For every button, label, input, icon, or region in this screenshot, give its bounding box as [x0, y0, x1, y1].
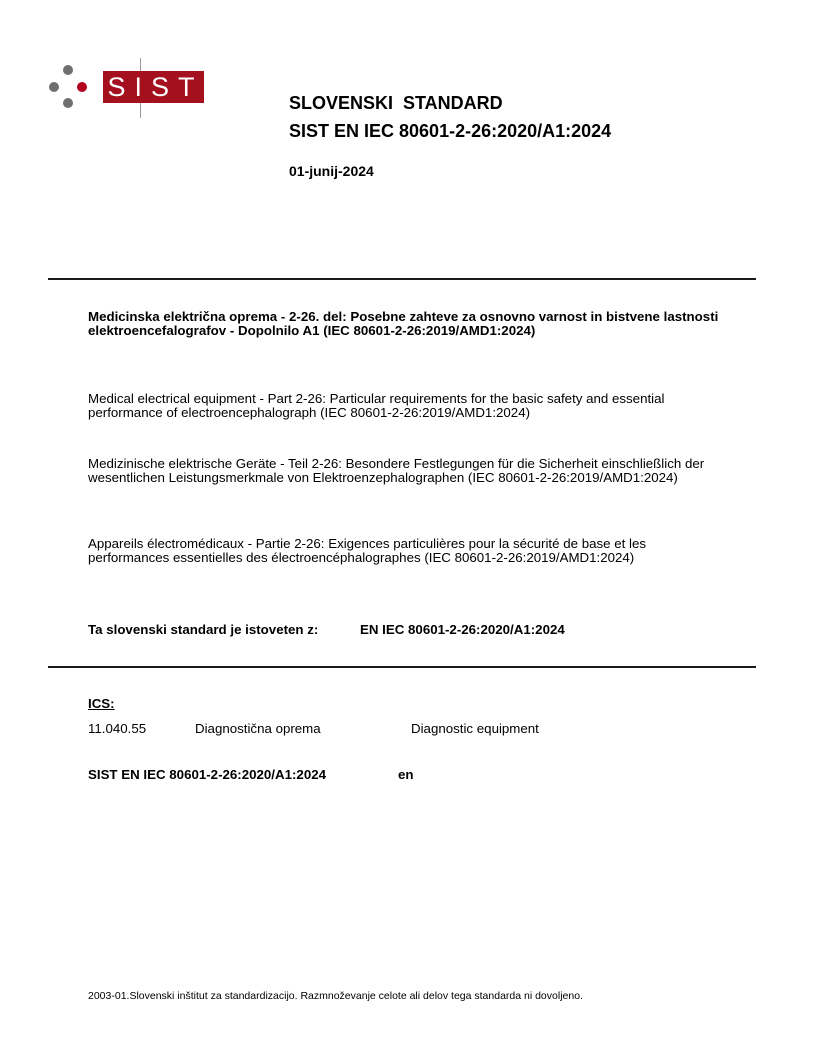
logo-dot-icon [63, 98, 73, 108]
logo-wordmark: SIST [103, 71, 204, 103]
ics-name-en: Diagnostic equipment [411, 721, 539, 736]
top-divider [48, 278, 756, 280]
title-english: Medical electrical equipment - Part 2-26… [88, 392, 728, 420]
logo-dot-icon [49, 82, 59, 92]
title-german: Medizinische elektrische Geräte - Teil 2… [88, 457, 728, 485]
ics-code: 11.040.55 [88, 721, 146, 736]
ics-name-sl: Diagnostična oprema [195, 721, 321, 736]
designation-language: en [398, 767, 414, 782]
logo-dot-icon [77, 82, 87, 92]
copyright-footer: 2003-01.Slovenski inštitut za standardiz… [88, 990, 583, 1002]
bottom-divider [48, 666, 756, 668]
designation-code: SIST EN IEC 80601-2-26:2020/A1:2024 [88, 767, 326, 782]
identical-label: Ta slovenski standard je istoveten z: [88, 622, 318, 637]
standard-type-heading: SLOVENSKI STANDARD [289, 93, 503, 114]
standard-code-heading: SIST EN IEC 80601-2-26:2020/A1:2024 [289, 121, 611, 142]
logo-dot-icon [63, 65, 73, 75]
ics-label: ICS: [88, 696, 115, 711]
identical-value: EN IEC 80601-2-26:2020/A1:2024 [360, 622, 565, 637]
publication-date: 01-junij-2024 [289, 163, 374, 179]
title-french: Appareils électromédicaux - Partie 2-26:… [88, 537, 728, 565]
title-slovenian: Medicinska električna oprema - 2-26. del… [88, 310, 728, 338]
